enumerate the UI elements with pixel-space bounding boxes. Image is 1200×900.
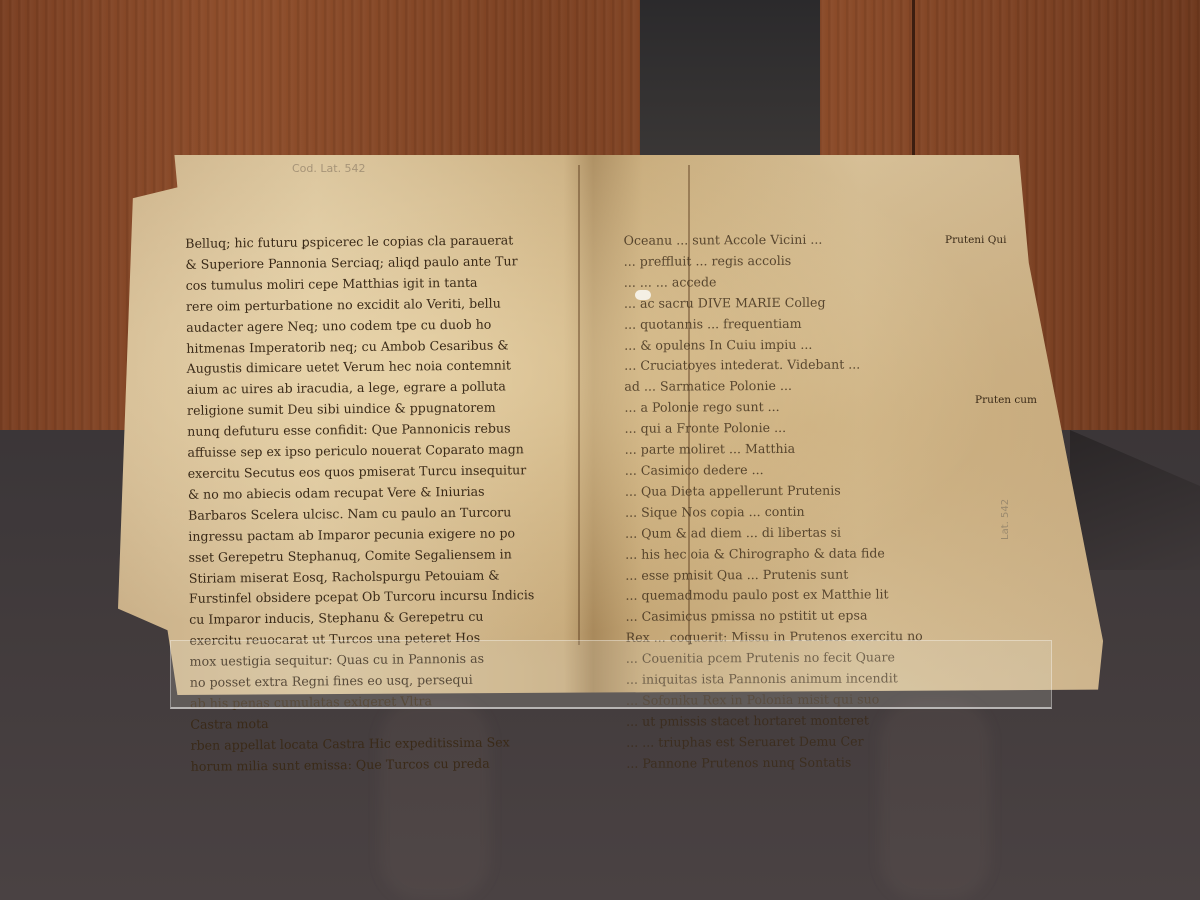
text-line: ... quotannis ... frequentiam (624, 313, 921, 335)
text-line: ... & opulens In Cuiu impiu ... (624, 334, 921, 356)
text-line: ... his hec oia & Chirographo & data fid… (625, 543, 922, 565)
text-line: ... ut pmissis stacet hortaret monteret (626, 710, 923, 732)
text-line: ... Cruciatoyes intederat. Videbant ... (624, 355, 921, 377)
text-line: ... Qum & ad diem ... di libertas si (625, 522, 922, 544)
text-line: ... Pannone Prutenos nunq Sontatis (626, 752, 923, 774)
text-line: sset Gerepetru Stephanuq, Comite Segalie… (188, 544, 534, 569)
text-line: ... parte moliret ... Matthia (625, 438, 922, 460)
text-line: Oceanu ... sunt Accole Vicini ... (624, 229, 921, 251)
text-line: ... Qua Dieta appellerunt Prutenis (625, 480, 922, 502)
text-line: horum milia sunt emissa: Que Turcos cu p… (191, 753, 537, 778)
text-line: cu Imparor inducis, Stephanu & Gerepetru… (189, 606, 535, 631)
text-line: ... Sique Nos copia ... contin (625, 501, 922, 523)
side-inscription: Lat. 542 (1000, 499, 1011, 540)
text-line: ad ... Sarmatice Polonie ... (624, 376, 921, 398)
fold-line (578, 165, 580, 645)
text-line: ... esse pmisit Qua ... Prutenis sunt (625, 564, 922, 586)
text-line: audacter agere Neq; uno codem tpe cu duo… (186, 314, 532, 339)
text-line: ... quemadmodu paulo post ex Matthie lit (625, 585, 922, 607)
text-line: ... qui a Fronte Polonie ... (625, 417, 922, 439)
text-line: ... Casimico dedere ... (625, 459, 922, 481)
text-line: ... Casimicus pmissa no pstitit ut epsa (626, 606, 923, 628)
shelfmark: Cod. Lat. 542 (292, 162, 366, 175)
margin-note: Pruten cum (975, 394, 1037, 406)
text-line: ... ... triuphas est Seruaret Demu Cer (626, 731, 923, 753)
acrylic-display-stand (170, 640, 1052, 709)
text-line: ... preffluit ... regis accolis (624, 250, 921, 272)
dark-wall-panel (640, 0, 820, 160)
text-line: ... ... ... accede (624, 271, 921, 293)
text-line: ... ac sacru DIVE MARIE Colleg (624, 292, 921, 314)
text-line: ... a Polonie rego sunt ... (624, 396, 921, 418)
margin-note: Pruteni Qui (945, 234, 1006, 246)
text-line: & Superiore Pannonia Serciaq; aliqd paul… (185, 251, 531, 276)
